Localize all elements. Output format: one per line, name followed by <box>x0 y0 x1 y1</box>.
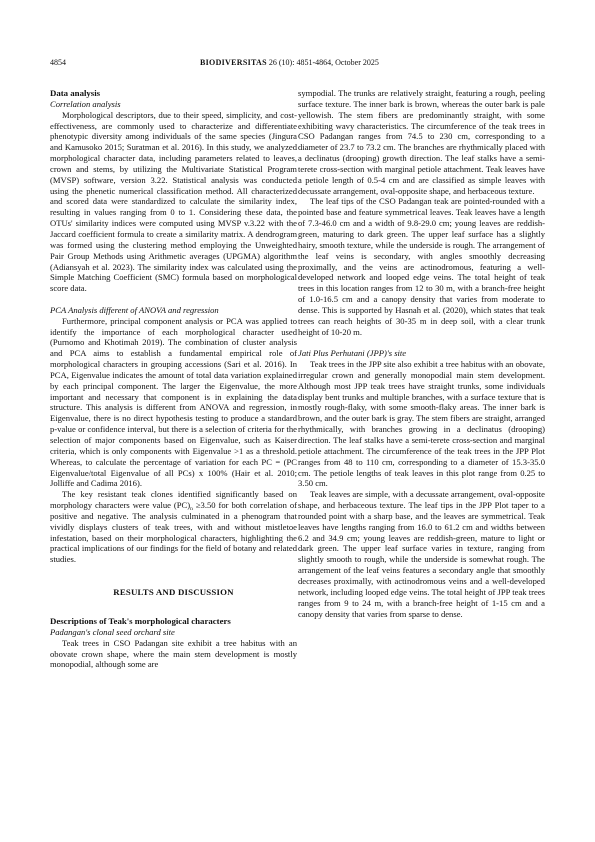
jpp-leaves-paragraph: Teak leaves are simple, with a decussate… <box>298 489 545 619</box>
leaf-tips-paragraph: The leaf tips of the CSO Padangan teak a… <box>298 196 545 337</box>
pca-paragraph: Furthermore, principal component analysi… <box>50 316 297 490</box>
padangan-subheading: Padangan's clonal seed orchard site <box>50 627 297 638</box>
correlation-paragraph: Morphological descriptors, due to their … <box>50 110 297 294</box>
journal-citation: BIODIVERSITAS 26 (10): 4851-4864, Octobe… <box>200 58 379 67</box>
running-header: 4854 BIODIVERSITAS 26 (10): 4851-4864, O… <box>50 58 555 72</box>
page-number: 4854 <box>50 58 66 67</box>
results-discussion-heading: RESULTS AND DISCUSSION <box>50 587 297 598</box>
correlation-analysis-subheading: Correlation analysis <box>50 99 297 110</box>
right-column: sympodial. The trunks are relatively str… <box>298 88 545 619</box>
jpp-subheading: Jati Plus Perhutani (JPP)'s site <box>298 348 545 359</box>
journal-name: BIODIVERSITAS <box>200 58 267 67</box>
padangan-paragraph-start: Teak trees in CSO Padangan site exhibit … <box>50 638 297 671</box>
jpp-paragraph: Teak trees in the JPP site also exhibit … <box>298 359 545 489</box>
data-analysis-heading: Data analysis <box>50 88 297 99</box>
descriptions-heading: Descriptions of Teak's morphological cha… <box>50 616 297 627</box>
key-clones-paragraph: The key resistant teak clones identified… <box>50 489 297 565</box>
padangan-paragraph-continued: sympodial. The trunks are relatively str… <box>298 88 545 196</box>
issue-citation: 26 (10): 4851-4864, October 2025 <box>267 58 379 67</box>
left-column: Data analysis Correlation analysis Morph… <box>50 88 297 670</box>
pca-subheading: PCA Analysis different of ANOVA and regr… <box>50 305 297 316</box>
